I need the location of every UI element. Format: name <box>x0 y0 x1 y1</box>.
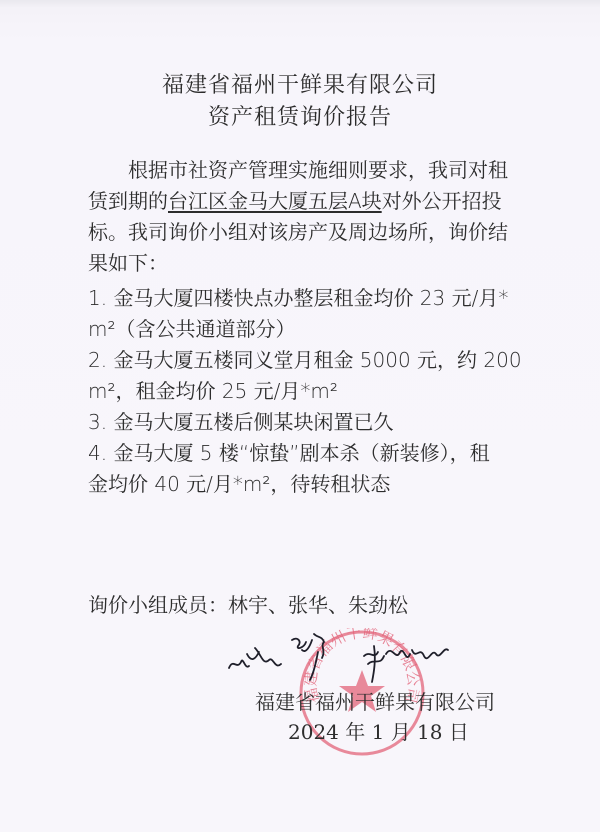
document-title-report: 资产租赁询价报告 <box>0 100 600 131</box>
result-item-2-line-2: m²，租金均价 25 元/月*m² <box>88 376 528 407</box>
intro-line-3: 标。我司询价小组对该房产及周边场所，询价结 <box>88 217 528 248</box>
property-location: 台江区金马大厦五层A块 <box>168 189 382 213</box>
signature-lin-yu-icon <box>225 640 285 680</box>
intro-line-1: 根据市社资产管理实施细则要求，我司对租 <box>88 155 528 186</box>
results-list: 1. 金马大厦四楼快点办整层租金均价 23 元/月* m²（含公共通道部分） 2… <box>88 283 528 500</box>
result-item-1-line-1: 1. 金马大厦四楼快点办整层租金均价 23 元/月* <box>88 283 528 314</box>
result-item-4-line-2: 金均价 40 元/月*m²，待转租状态 <box>88 469 528 500</box>
result-item-1-line-2: m²（含公共通道部分） <box>88 314 528 345</box>
result-item-4-line-1: 4. 金马大厦 5 楼“惊蛰”剧本杀（新装修），租 <box>88 438 528 469</box>
intro-line-2-before: 赁到期的 <box>88 189 168 213</box>
result-item-2-line-1: 2. 金马大厦五楼同义堂月租金 5000 元，约 200 <box>88 345 528 376</box>
document-title-company: 福建省福州干鲜果有限公司 <box>0 68 600 99</box>
intro-paragraph: 根据市社资产管理实施细则要求，我司对租 赁到期的台江区金马大厦五层A块对外公开招… <box>88 155 528 279</box>
intro-line-2: 赁到期的台江区金马大厦五层A块对外公开招投 <box>88 186 528 217</box>
document-date: 2024 年 1 月 18 日 <box>288 716 469 745</box>
intro-line-2-after: 对外公开招投 <box>382 189 502 213</box>
document-page: 福建省福州干鲜果有限公司 资产租赁询价报告 根据市社资产管理实施细则要求，我司对… <box>0 0 600 832</box>
company-signature-name: 福建省福州干鲜果有限公司 <box>255 686 495 715</box>
inquiry-members: 询价小组成员：林宇、张华、朱劲松 <box>88 590 528 621</box>
signature-zhang-hua-icon <box>288 628 343 683</box>
signature-zhu-jinsong-icon <box>360 636 450 686</box>
intro-line-4: 果如下： <box>88 248 528 279</box>
result-item-3-line-1: 3. 金马大厦五楼后侧某块闲置已久 <box>88 407 528 438</box>
